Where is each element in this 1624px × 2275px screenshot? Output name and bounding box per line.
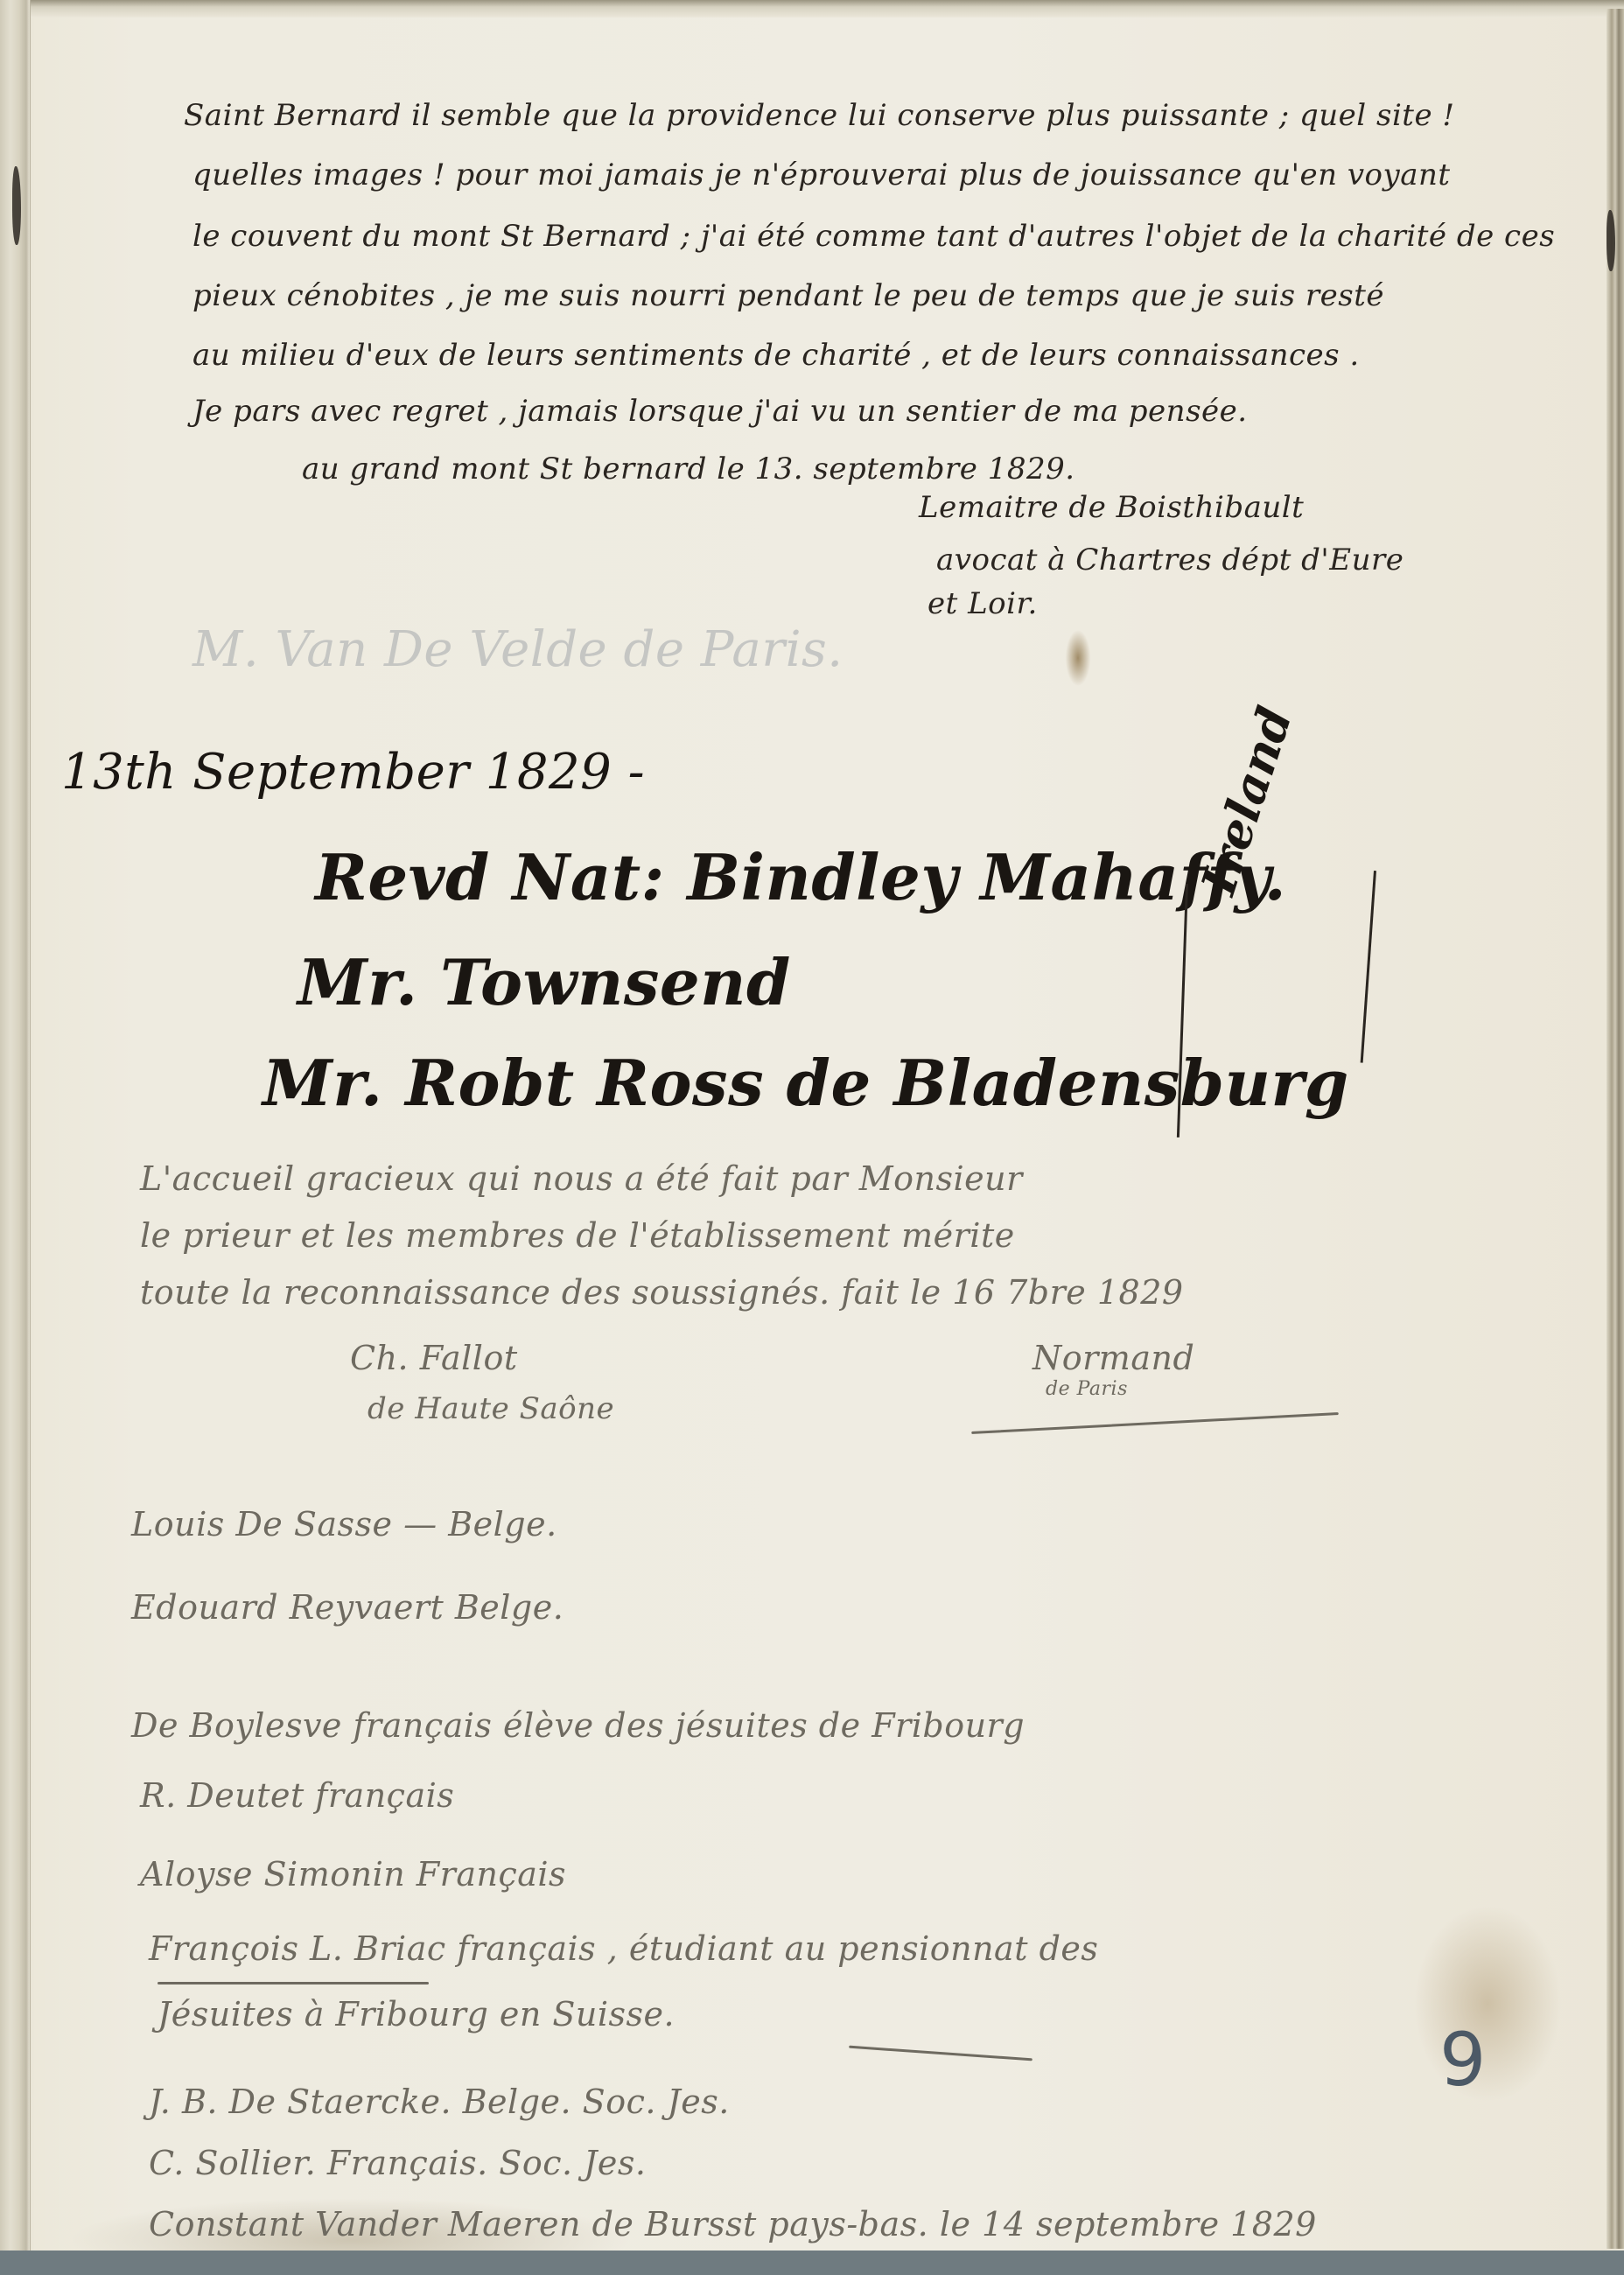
text-line: Edouard Reyvaert Belge. — [131, 1588, 563, 1627]
text-line: R. Deutet français — [140, 1776, 454, 1815]
page-right-edge — [1606, 9, 1624, 2249]
page-top-edge — [0, 0, 1624, 17]
signature-title: et Loir. — [927, 586, 1038, 621]
signature: Ch. Fallot — [350, 1339, 518, 1377]
entry-date: 13th September 1829 - — [61, 744, 645, 801]
flourish — [971, 1412, 1339, 1434]
signature: Normand — [1032, 1339, 1194, 1377]
bracket-line — [1361, 871, 1376, 1063]
text-line: le couvent du mont St Bernard ; j'ai été… — [192, 219, 1555, 254]
signature: Lemaitre de Boisthibault — [919, 490, 1304, 525]
manuscript-page: Saint Bernard il semble que la providenc… — [0, 0, 1624, 2250]
signature-title: avocat à Chartres dépt d'Eure — [936, 542, 1403, 577]
text-line: François L. Briac français , étudiant au… — [149, 1929, 1098, 1968]
text-line: L'accueil gracieux qui nous a été fait p… — [140, 1159, 1023, 1198]
page-binding — [0, 0, 31, 2250]
text-line: J. B. De Staercke. Belge. Soc. Jes. — [149, 2082, 730, 2121]
text-line: toute la reconnaissance des soussignés. … — [140, 1273, 1184, 1312]
text-line: quelles images ! pour moi jamais je n'ép… — [192, 157, 1451, 192]
text-line: Constant Vander Maeren de Bursst pays-ba… — [149, 2205, 1317, 2243]
page-number: 9 — [1439, 2017, 1487, 2103]
signature-origin: de Paris — [1046, 1378, 1128, 1400]
text-line: Aloyse Simonin Français — [140, 1855, 566, 1893]
text-line: De Boylesve français élève des jésuites … — [131, 1706, 1025, 1745]
traveller-name: Revd Nat: Bindley Mahaffy. — [315, 840, 1286, 914]
underline — [849, 2046, 1032, 2061]
text-line: Saint Bernard il semble que la providenc… — [184, 98, 1455, 133]
text-line: le prieur et les membres de l'établissem… — [140, 1216, 1015, 1255]
text-line: Je pars avec regret , jamais lorsque j'a… — [192, 394, 1248, 429]
text-line: Louis De Sasse — Belge. — [131, 1505, 557, 1543]
text-line: Jésuites à Fribourg en Suisse. — [157, 1995, 675, 2033]
text-line: C. Sollier. Français. Soc. Jes. — [149, 2144, 646, 2182]
text-line: pieux cénobites , je me suis nourri pend… — [192, 278, 1384, 313]
underline — [157, 1982, 429, 1984]
dateline: au grand mont St bernard le 13. septembr… — [302, 451, 1075, 486]
text-line: au milieu d'eux de leurs sentiments de c… — [192, 338, 1360, 373]
traveller-name: Mr. Robt Ross de Bladensburg — [262, 1046, 1349, 1120]
bleed-through-text: M. Van De Velde de Paris. — [192, 621, 843, 678]
signature-origin: de Haute Saône — [367, 1391, 614, 1426]
traveller-name: Mr. Townsend — [297, 945, 791, 1019]
